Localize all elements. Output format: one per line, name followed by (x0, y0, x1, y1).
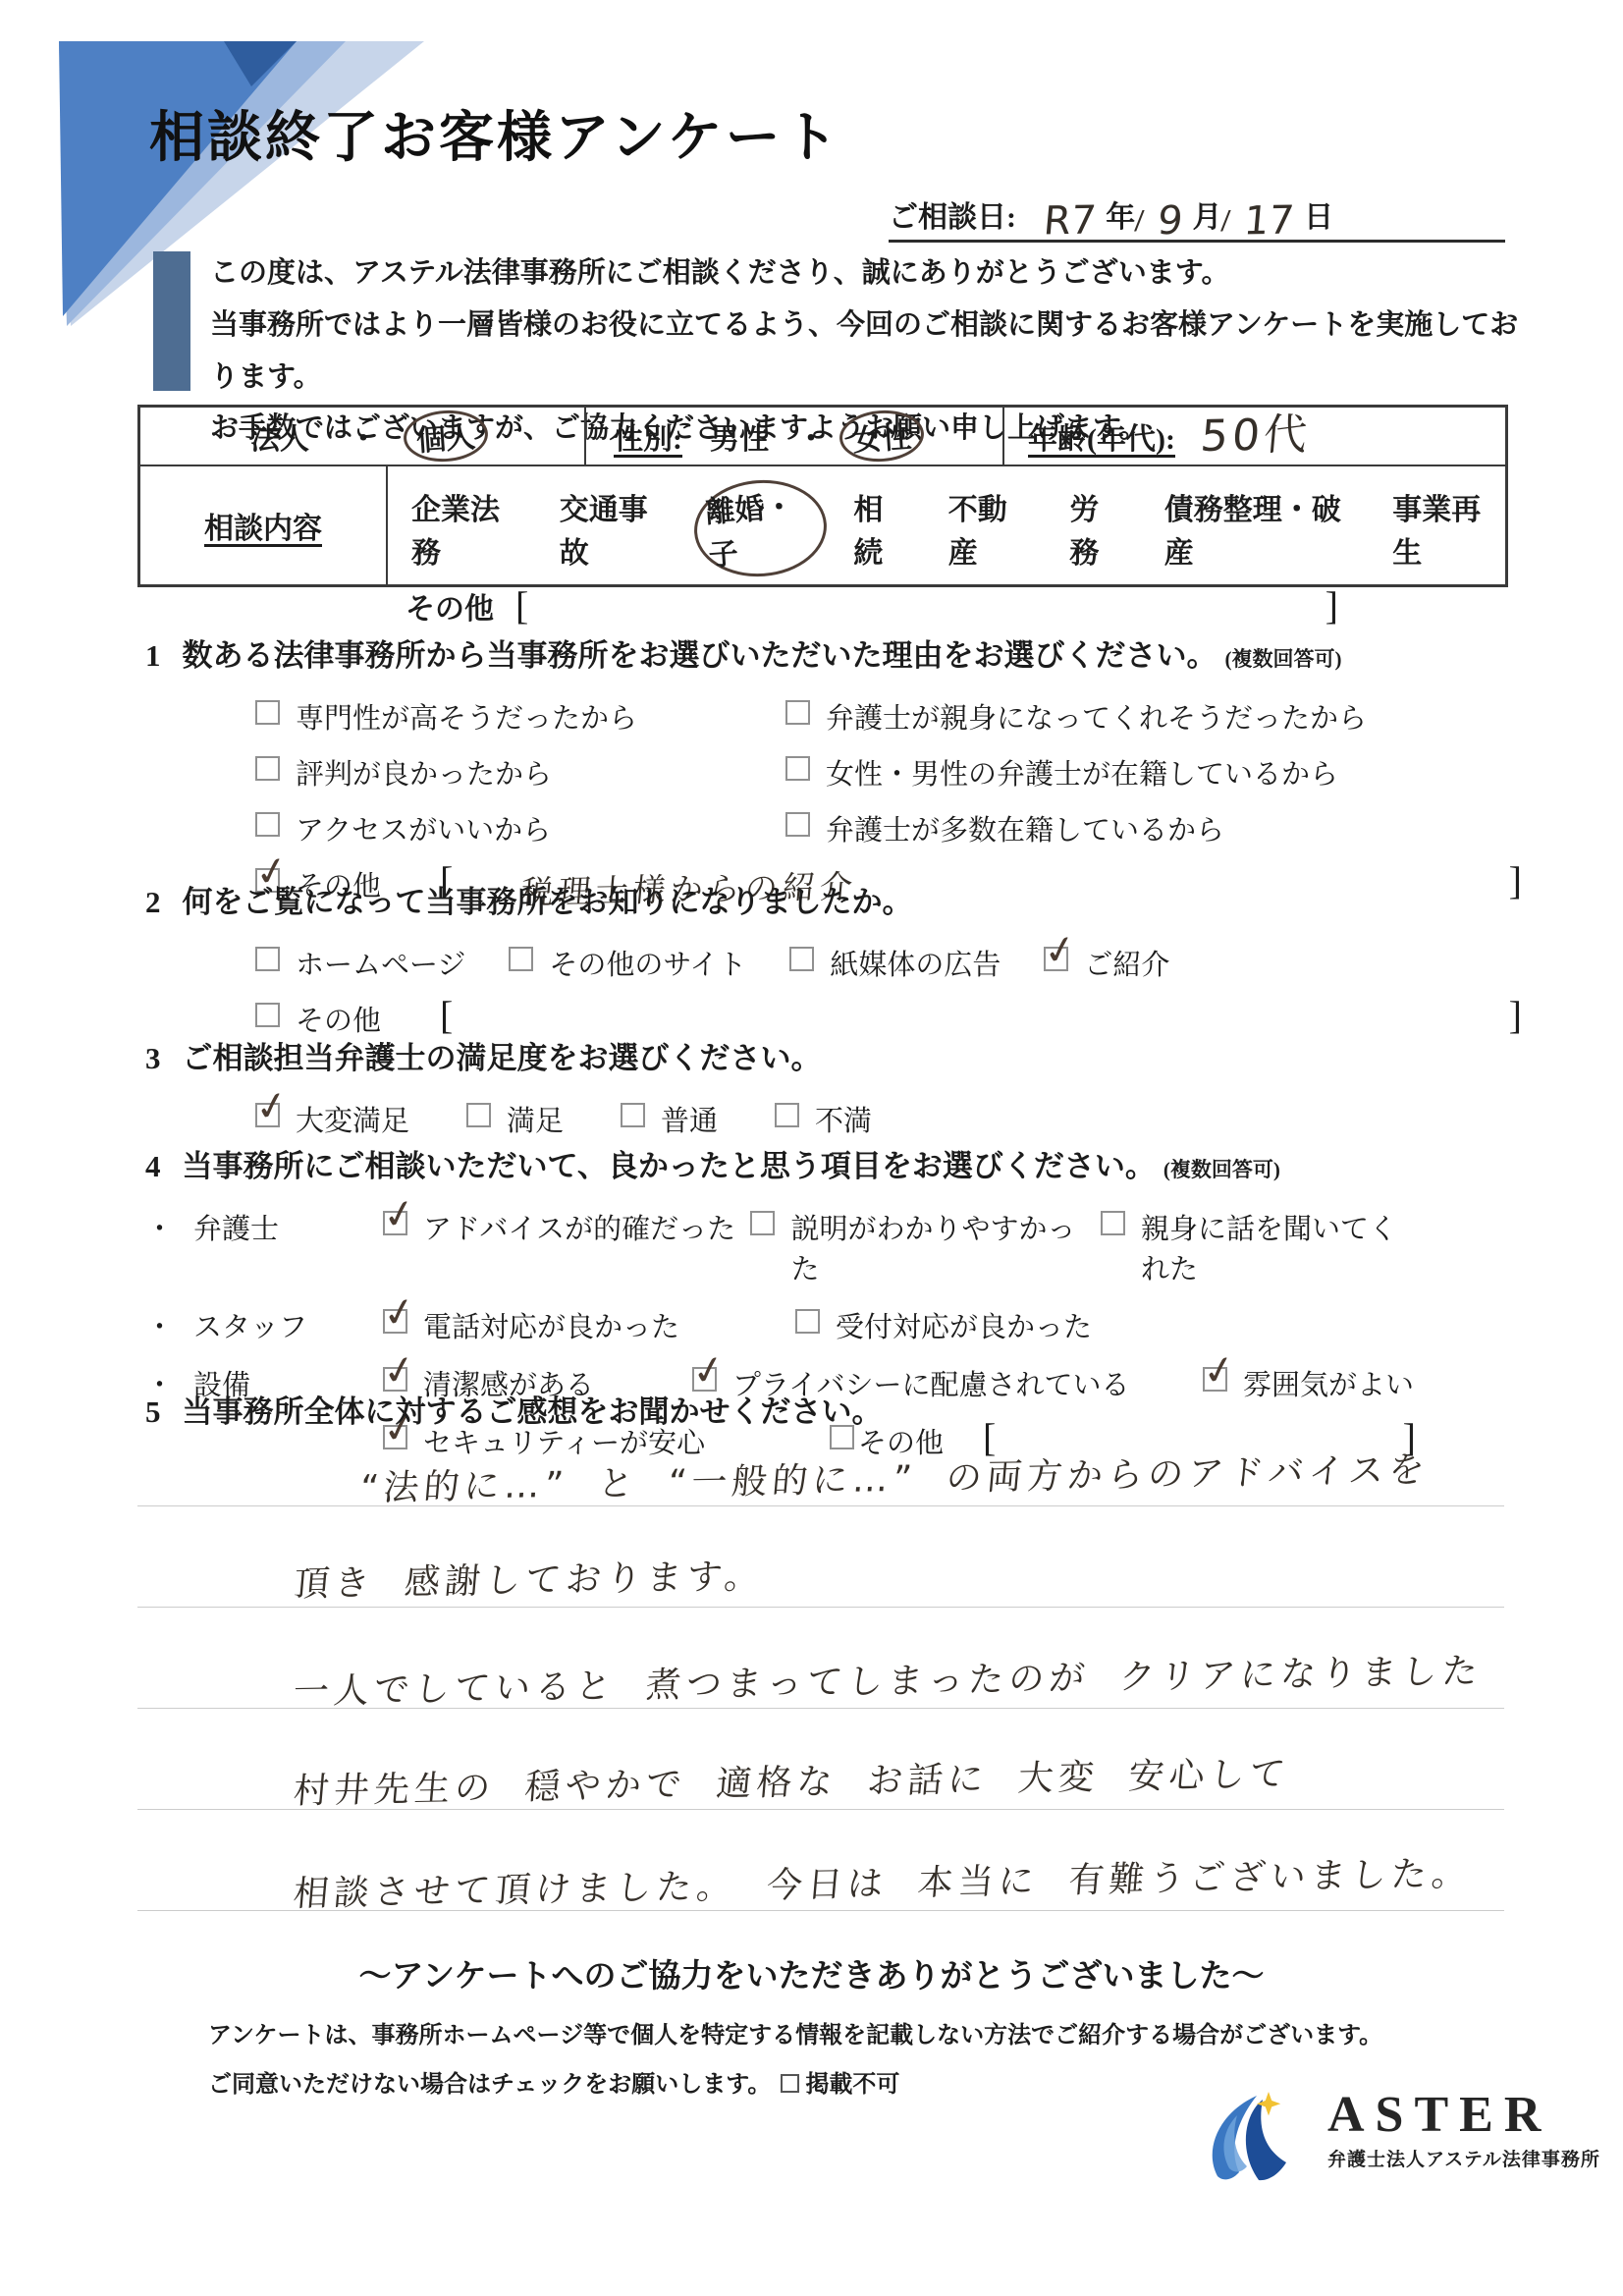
q3-option: ✓ 満足 (466, 1099, 564, 1139)
handwritten-check-icon: ✓ (1041, 928, 1080, 972)
checkbox-icon: ✓ (509, 947, 533, 971)
ruled-line (137, 1505, 1504, 1506)
option-label: その他のサイト (549, 943, 746, 983)
date-tick: / (1134, 206, 1145, 236)
q1-option: ✓ 専門性が高そうだったから (255, 696, 785, 737)
q4-option: ✓ 受付対応が良かった (795, 1305, 1092, 1345)
date-month-handwritten: 9 (1157, 206, 1184, 236)
q4-option: ✓ 親身に話を聞いてくれた (1101, 1207, 1416, 1287)
question-3-heading: 3 ご相談担当弁護士の満足度をお選びください。 (145, 1033, 1530, 1077)
q4-row-lawyer: ・ 弁護士 ✓ アドバイスが的確だった ✓ 説明がわかりやすかった ✓ 親身に話… (145, 1207, 1416, 1287)
q3-option: ✓ 普通 (621, 1099, 718, 1139)
q3-option: ✓ 不満 (775, 1099, 872, 1139)
question-1-heading: 1 数ある法律事務所から当事務所をお選びいただいた理由をお選びください。 (複数… (145, 630, 1530, 675)
q2-option: ✓ ホームページ (255, 943, 465, 983)
bracket-open: [ (440, 999, 453, 1032)
checkbox-icon: ✓ (383, 1309, 407, 1334)
checkbox-icon: ✓ (789, 947, 814, 971)
no-publish-checkbox-icon (781, 2074, 799, 2093)
consult-option: 交通事故 (554, 484, 673, 573)
feedback-line-handwritten: 一人でしていると 煮つまってしまったのが クリアになりました (292, 1643, 1485, 1714)
logo-name: ASTER (1327, 2090, 1600, 2141)
question-number: 2 (145, 885, 161, 920)
question-3: 3 ご相談担当弁護士の満足度をお選びください。 ✓ 大変満足 ✓ 満足 ✓ 普通… (145, 1033, 1530, 1155)
option-label: 説明がわかりやすかった (790, 1207, 1101, 1287)
checkbox-icon: ✓ (255, 812, 280, 837)
question-2: 2 何をご覧になって当事務所をお知りになりましたか。 ✓ ホームページ ✓ その… (145, 877, 1530, 1055)
bracket-close: ] (1325, 589, 1338, 623)
checkbox-icon: ✓ (383, 1211, 407, 1235)
category-cell: ・ スタッフ (145, 1305, 383, 1345)
checkbox-icon: ✓ (775, 1103, 799, 1127)
consult-option: 不動産 (943, 484, 1035, 573)
date-label: ご相談日: (889, 192, 1016, 236)
ruled-line (137, 1607, 1504, 1608)
date-year-handwritten: R7 (1043, 206, 1098, 237)
no-publish-label: 掲載不可 (805, 2072, 899, 2098)
survey-page: 相談終了お客様アンケート ご相談日: R7 年 / 9 月 / 17 日 この度… (0, 0, 1623, 2296)
option-label: 評判が良かったから (296, 752, 552, 793)
option-row: ✓ ホームページ ✓ その他のサイト ✓ 紙媒体の広告 ✓ ご紹介 (255, 943, 1530, 983)
gender-option-female: 女性 (838, 408, 925, 465)
question-5-heading: 5 当事務所全体に対するご感想をお聞かせください。 (145, 1387, 1530, 1431)
separator-dot: ・ (796, 414, 826, 458)
option-label: 女性・男性の弁護士が在籍しているから (826, 752, 1338, 793)
consult-option: 事業再生 (1386, 484, 1505, 573)
consult-option: 債務整理・破産 (1159, 484, 1357, 573)
option-label: 専門性が高そうだったから (296, 696, 637, 737)
question-text: ご相談担当弁護士の満足度をお選びください。 (183, 1033, 822, 1077)
option-label: 受付対応が良かった (836, 1305, 1092, 1345)
option-label: 満足 (507, 1099, 564, 1139)
separator-dot: ・ (349, 414, 378, 458)
option-label: 弁護士が親身になってくれそうだったから (826, 696, 1367, 737)
age-cell: 年齢(年代): 50代 (1004, 408, 1505, 465)
checkbox-icon: ✓ (785, 812, 810, 837)
checkbox-icon: ✓ (255, 756, 280, 781)
bullet-dot: ・ (145, 1207, 174, 1247)
consult-topic-options-cell: 企業法務 交通事故 離婚・子 相続 不動産 労務 債務整理・破産 事業再生 その… (388, 466, 1505, 584)
checkbox-icon: ✓ (255, 1003, 280, 1027)
question-note: (複数回答可) (1163, 1154, 1280, 1183)
handwritten-check-icon: ✓ (380, 1290, 419, 1335)
consult-other-row: その他 [ ] (406, 584, 1338, 628)
logo-subtext: 弁護士法人アステル法律事務所 (1327, 2145, 1600, 2171)
consult-option: 労務 (1063, 484, 1128, 573)
gender-option-male: 男性 (704, 413, 775, 459)
checkbox-icon: ✓ (1044, 947, 1068, 971)
entity-option-individual: 個人 (402, 408, 489, 465)
question-5: 5 当事務所全体に対するご感想をお聞かせください。 (145, 1387, 1530, 1452)
q1-option: ✓ 弁護士が親身になってくれそうだったから (785, 696, 1367, 737)
date-month-suffix: 月 (1192, 192, 1221, 236)
category-label: スタッフ (193, 1305, 307, 1345)
option-label: アクセスがいいから (296, 808, 551, 848)
date-day-suffix: 日 (1304, 192, 1333, 236)
question-text: 当事務所にご相談いただいて、良かったと思う項目をお選びください。 (183, 1141, 1156, 1185)
option-label: 普通 (661, 1099, 718, 1139)
question-2-heading: 2 何をご覧になって当事務所をお知りになりましたか。 (145, 877, 1530, 921)
bracket-close: ] (1509, 999, 1522, 1032)
q3-option: ✓ 大変満足 (255, 1099, 409, 1139)
checkbox-icon: ✓ (785, 700, 810, 725)
aster-logo: ASTER 弁護士法人アステル法律事務所 (1200, 2090, 1600, 2193)
q1-option: ✓ 女性・男性の弁護士が在籍しているから (785, 752, 1338, 793)
option-label: 大変満足 (296, 1099, 409, 1139)
age-label: 年齢(年代): (1028, 414, 1175, 458)
question-text: 何をご覧になって当事務所をお知りになりましたか。 (183, 877, 913, 921)
bracket-open: [ (515, 589, 528, 623)
checkbox-icon: ✓ (466, 1103, 491, 1127)
question-note: (複数回答可) (1225, 643, 1342, 673)
category-cell: ・ 弁護士 (145, 1207, 383, 1247)
option-row: ✓ 専門性が高そうだったから ✓ 弁護士が親身になってくれそうだったから (255, 696, 1530, 737)
entity-cell: 法人 ・ 個人 (140, 408, 586, 465)
thanks-message: ～アンケートへのご協力をいただきありがとうございました～ (0, 1950, 1623, 1996)
consent-note-text: ご同意いただけない場合はチェックをお願いします。 (208, 2072, 771, 2098)
option-label: アドバイスが的確だった (423, 1207, 735, 1247)
consult-topic-label: 相談内容 (204, 504, 322, 547)
profile-row: 相談内容 企業法務 交通事故 離婚・子 相続 不動産 労務 債務整理・破産 事業… (140, 466, 1505, 584)
consult-option: 企業法務 (406, 484, 524, 573)
question-text: 数ある法律事務所から当事務所をお選びいただいた理由をお選びください。 (183, 630, 1217, 675)
q1-option: ✓ 評判が良かったから (255, 752, 785, 793)
age-value-handwritten: 50代 (1199, 415, 1313, 457)
privacy-note: アンケートは、事務所ホームページ等で個人を特定する情報を記載しない方法でご紹介す… (208, 2015, 1382, 2050)
checkbox-icon: ✓ (255, 1103, 280, 1127)
question-number: 3 (145, 1041, 161, 1076)
checkbox-icon: ✓ (785, 756, 810, 781)
option-label: ご紹介 (1084, 943, 1169, 983)
option-label: 紙媒体の広告 (830, 943, 1001, 983)
option-row: ✓ 評判が良かったから ✓ 女性・男性の弁護士が在籍しているから (255, 752, 1530, 793)
question-number: 1 (145, 638, 161, 674)
page-title: 相談終了お客様アンケート (149, 94, 841, 173)
option-label: 親身に話を聞いてくれた (1141, 1207, 1416, 1287)
feedback-line-handwritten: 村井先生の 穏やかで 適格な お話に 大変 安心して (292, 1746, 1292, 1814)
option-label: 電話対応が良かった (423, 1305, 679, 1345)
option-row: ✓ 大変満足 ✓ 満足 ✓ 普通 ✓ 不満 (255, 1099, 1530, 1139)
q4-option: ✓ 説明がわかりやすかった (750, 1207, 1101, 1287)
checkbox-icon: ✓ (795, 1309, 820, 1334)
handwritten-check-icon: ✓ (380, 1192, 419, 1236)
bullet-dot: ・ (145, 1305, 174, 1345)
date-day-handwritten: 17 (1243, 206, 1296, 237)
feedback-line-handwritten: 頂き 感謝しております。 (292, 1549, 767, 1607)
entity-option-corporate: 法人 (244, 413, 315, 459)
gender-label: 性別: (614, 414, 682, 458)
date-year-suffix: 年 (1106, 192, 1135, 236)
feedback-line-handwritten: 相談させて頂けました。 今日は 本当に 有難うございました。 (292, 1846, 1475, 1917)
consult-topic-options: 企業法務 交通事故 離婚・子 相続 不動産 労務 債務整理・破産 事業再生 (406, 484, 1505, 573)
q4-option: ✓ アドバイスが的確だった (383, 1207, 750, 1247)
consult-topic-header: 相談内容 (140, 466, 388, 584)
checkbox-icon: ✓ (750, 1211, 775, 1235)
gender-cell: 性別: 男性 ・ 女性 (586, 408, 1004, 465)
handwritten-check-icon: ✓ (252, 1084, 292, 1128)
q2-option: ✓ 紙媒体の広告 (789, 943, 1001, 983)
checkbox-icon: ✓ (255, 700, 280, 725)
respondent-profile-table: 法人 ・ 個人 性別: 男性 ・ 女性 年齢(年代): 50代 相談内容 企業法… (137, 405, 1508, 587)
q1-option: ✓ アクセスがいいから (255, 808, 785, 848)
intro-line: この度は、アステル法律事務所にご相談くださり、誠にありがとうございます。 (210, 247, 1526, 300)
option-label: 不満 (815, 1099, 872, 1139)
question-number: 4 (145, 1149, 161, 1184)
q2-option: ✓ ご紹介 (1044, 943, 1169, 983)
q4-option: ✓ 電話対応が良かった (383, 1305, 795, 1345)
option-label: ホームページ (296, 943, 465, 983)
aster-logo-text: ASTER 弁護士法人アステル法律事務所 (1327, 2090, 1600, 2171)
question-number: 5 (145, 1394, 161, 1430)
category-label: 弁護士 (193, 1207, 279, 1247)
intro-accent-bar (153, 251, 190, 391)
question-text: 当事務所全体に対するご感想をお聞かせください。 (183, 1387, 883, 1431)
aster-logo-mark-icon (1200, 2090, 1318, 2193)
consent-note: ご同意いただけない場合はチェックをお願いします。掲載不可 (208, 2064, 899, 2099)
option-row: ✓ アクセスがいいから ✓ 弁護士が多数在籍しているから (255, 808, 1530, 848)
checkbox-icon: ✓ (255, 947, 280, 971)
q2-option: ✓ その他のサイト (509, 943, 746, 983)
question-4-heading: 4 当事務所にご相談いただいて、良かったと思う項目をお選びください。 (複数回答… (145, 1141, 1530, 1185)
date-tick: / (1220, 206, 1231, 236)
intro-line: 当事務所ではより一層皆様のお役に立てるよう、今回のご相談に関するお客様アンケート… (210, 300, 1526, 404)
consult-option: 相続 (847, 484, 912, 573)
checkbox-icon: ✓ (1101, 1211, 1125, 1235)
consult-option: 離婚・子 (690, 475, 829, 580)
consult-other-label: その他 (406, 584, 494, 628)
consultation-date-line: ご相談日: R7 年 / 9 月 / 17 日 (889, 192, 1505, 243)
checkbox-icon: ✓ (621, 1103, 645, 1127)
option-label: 弁護士が多数在籍しているから (826, 808, 1224, 848)
q1-option: ✓ 弁護士が多数在籍しているから (785, 808, 1224, 848)
profile-row: 法人 ・ 個人 性別: 男性 ・ 女性 年齢(年代): 50代 (140, 408, 1505, 466)
q4-row-staff: ・ スタッフ ✓ 電話対応が良かった ✓ 受付対応が良かった (145, 1305, 1416, 1345)
